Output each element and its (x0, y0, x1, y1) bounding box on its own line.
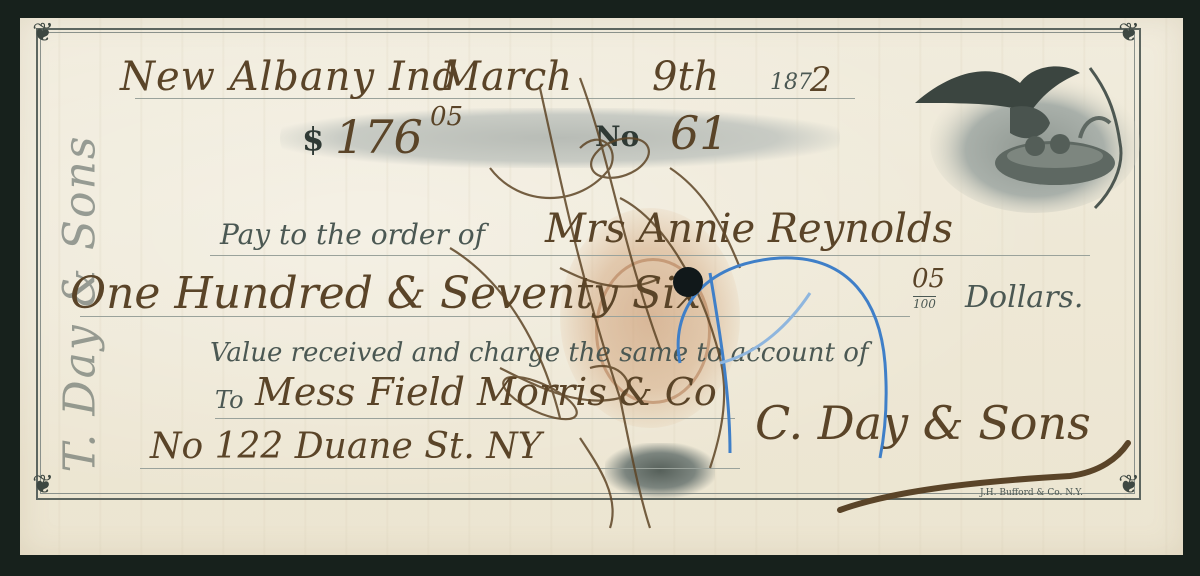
engraver-imprint: J.H. Bufford & Co. N.Y. (980, 488, 1083, 498)
check-paper: ❦ ❦ ❦ ❦ T. Day & Sons New Albany Ind Mar… (20, 18, 1183, 555)
date-day: 9th (652, 54, 719, 100)
address-line-rule (140, 468, 740, 469)
drawee-name: Mess Field Morris & Co (255, 370, 717, 414)
year-handwritten: 2 (810, 60, 832, 100)
corner-ornament-icon: ❦ (26, 18, 60, 48)
check-number-label: No (595, 120, 639, 153)
corner-ornament-icon: ❦ (1112, 18, 1146, 48)
drawee-address: No 122 Duane St. NY (150, 426, 542, 467)
eagle-vignette-icon (905, 48, 1145, 218)
pay-line-rule (210, 255, 1090, 256)
drawee-line-rule (215, 418, 735, 419)
to-label: To (215, 386, 244, 414)
amount-in-words: One Hundred & Seventy Six (70, 268, 701, 319)
amount-figures: 176 (335, 110, 423, 164)
date-month: March (440, 54, 572, 100)
pay-to-label: Pay to the order of (220, 218, 485, 251)
check-number: 61 (670, 106, 729, 160)
dollars-label: Dollars. (965, 280, 1083, 315)
corner-ornament-icon: ❦ (1112, 470, 1146, 500)
year-printed: 187 (770, 70, 812, 95)
place-text: New Albany Ind (120, 54, 459, 100)
amount-cents: 05 (430, 102, 463, 132)
cancellation-punch-hole (673, 267, 703, 297)
dollar-sign: $ (302, 120, 324, 158)
